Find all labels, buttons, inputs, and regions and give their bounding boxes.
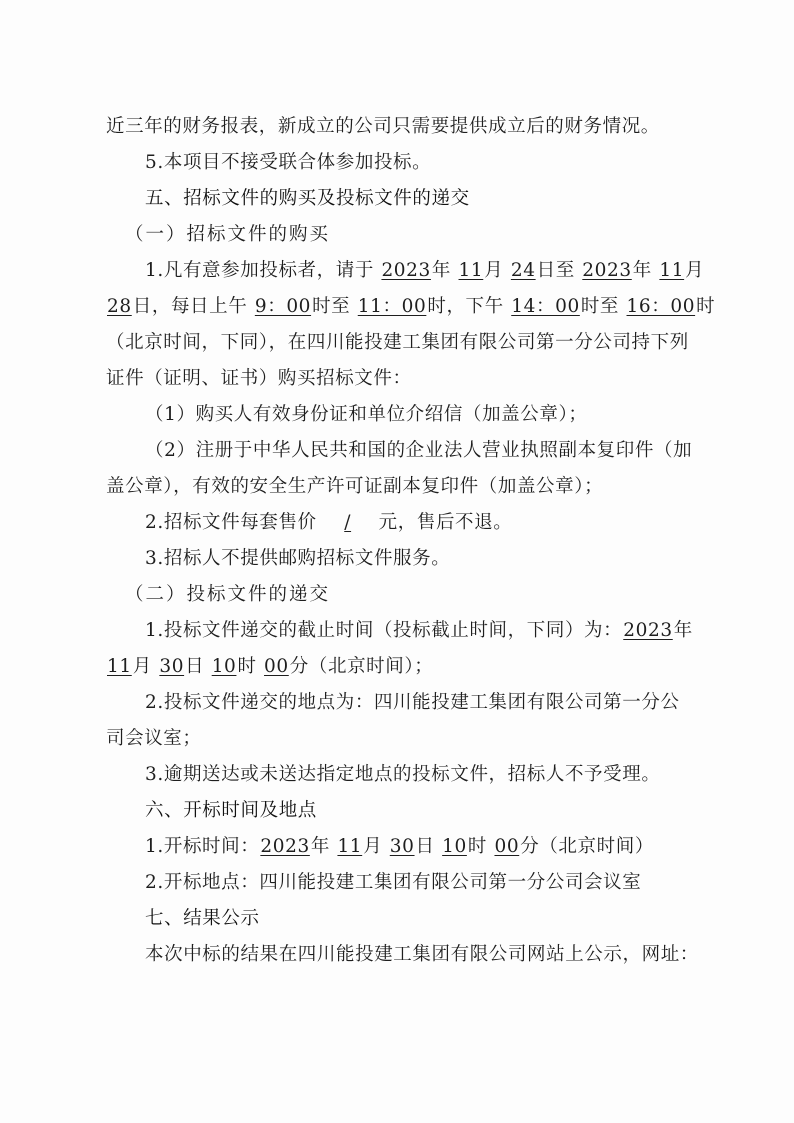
document-page: 近三年的财务报表，新成立的公司只需要提供成立后的财务情况。 5.本项目不接受联合… bbox=[0, 0, 794, 1123]
underlined-value: 11 bbox=[658, 260, 685, 281]
text: 时 bbox=[696, 296, 715, 317]
section-heading-7: 七、结果公示 bbox=[145, 907, 260, 931]
text: 年 bbox=[311, 836, 330, 857]
paragraph-line: 1.凡有意参加投标者，请于 2023年 11月 24日至 2023年 11月 bbox=[145, 259, 704, 283]
text: 1.投标文件递交的截止时间（投标截止时间，下同）为： bbox=[145, 620, 622, 641]
underlined-value: 30 bbox=[158, 656, 185, 677]
text: 月 bbox=[685, 260, 704, 281]
text: 时 bbox=[468, 836, 487, 857]
underlined-value: 16：00 bbox=[626, 296, 697, 317]
text: 年 bbox=[633, 260, 652, 281]
text: 月 bbox=[133, 656, 152, 677]
paragraph-line: 本次中标的结果在四川能投建工集团有限公司网站上公示，网址： bbox=[145, 943, 699, 967]
paragraph-line: 28日，每日上午 9：00时至 11：00时，下午 14：00时至 16：00时 bbox=[106, 295, 715, 319]
subsection-heading-2: （二）投标文件的递交 bbox=[125, 583, 330, 607]
paragraph-line: 证件（证明、证书）购买招标文件： bbox=[106, 367, 412, 391]
text: 日 bbox=[416, 836, 435, 857]
underlined-value: 11：00 bbox=[357, 296, 428, 317]
paragraph-line: 近三年的财务报表，新成立的公司只需要提供成立后的财务情况。 bbox=[106, 115, 660, 139]
text: 日 bbox=[185, 656, 204, 677]
text: 日至 bbox=[537, 260, 575, 281]
underlined-value: 24 bbox=[510, 260, 537, 281]
text: 月 bbox=[363, 836, 382, 857]
list-item: （1）购买人有效身份证和单位介绍信（加盖公章）； bbox=[145, 403, 587, 427]
paragraph-line: 5.本项目不接受联合体参加投标。 bbox=[145, 151, 431, 175]
text: 时 bbox=[237, 656, 256, 677]
paragraph-line: 盖公章），有效的安全生产许可证副本复印件（加盖公章）； bbox=[106, 475, 603, 499]
text: 日，每日上午 bbox=[133, 296, 248, 317]
underlined-value: 2023 bbox=[581, 260, 632, 281]
text: 月 bbox=[484, 260, 503, 281]
text: 时至 bbox=[581, 296, 619, 317]
underlined-value: 10 bbox=[441, 836, 468, 857]
text: 年 bbox=[432, 260, 451, 281]
text: 2.招标文件每套售价 bbox=[145, 512, 317, 533]
underlined-value: 30 bbox=[389, 836, 416, 857]
list-item: （2）注册于中华人民共和国的企业法人营业执照副本复印件（加 bbox=[145, 439, 692, 463]
text: 1.开标时间： bbox=[145, 836, 259, 857]
text: 时，下午 bbox=[427, 296, 503, 317]
paragraph-line: 2.开标地点：四川能投建工集团有限公司第一分公司会议室 bbox=[145, 871, 641, 895]
paragraph-line: （北京时间，下同），在四川能投建工集团有限公司第一分公司持下列 bbox=[106, 331, 689, 355]
paragraph-line: 司会议室； bbox=[106, 727, 202, 751]
underlined-value: 00 bbox=[493, 836, 520, 857]
text: 元，售后不退。 bbox=[379, 512, 513, 533]
paragraph-line: 1.投标文件递交的截止时间（投标截止时间，下同）为：2023年 bbox=[145, 619, 693, 643]
paragraph-line: 2.招标文件每套售价/元，售后不退。 bbox=[145, 511, 512, 535]
text: 年 bbox=[674, 620, 693, 641]
text: 1.凡有意参加投标者，请于 bbox=[145, 260, 374, 281]
text: 分（北京时间） bbox=[520, 836, 654, 857]
underlined-value: 11 bbox=[336, 836, 363, 857]
underlined-value: 2023 bbox=[259, 836, 310, 857]
underlined-value: 10 bbox=[211, 656, 238, 677]
underlined-value: 11 bbox=[106, 656, 133, 677]
paragraph-line: 11月 30日 10时 00分（北京时间）； bbox=[106, 655, 433, 679]
underlined-value: 14：00 bbox=[510, 296, 581, 317]
underlined-value: 11 bbox=[458, 260, 485, 281]
text: 分（北京时间）； bbox=[290, 656, 434, 677]
underlined-value: 9：00 bbox=[254, 296, 312, 317]
subsection-heading-1: （一）招标文件的购买 bbox=[125, 223, 330, 247]
underlined-value: 2023 bbox=[622, 620, 673, 641]
underlined-value: 2023 bbox=[380, 260, 431, 281]
underlined-value: 28 bbox=[106, 296, 133, 317]
paragraph-line: 2.投标文件递交的地点为：四川能投建工集团有限公司第一分公 bbox=[145, 691, 680, 715]
paragraph-line: 3.逾期送达或未送达指定地点的投标文件，招标人不予受理。 bbox=[145, 763, 660, 787]
paragraph-line: 1.开标时间：2023年 11月 30日 10时 00分（北京时间） bbox=[145, 835, 654, 859]
underlined-value: 00 bbox=[263, 656, 290, 677]
section-heading-5: 五、招标文件的购买及投标文件的递交 bbox=[145, 187, 470, 211]
paragraph-line: 3.招标人不提供邮购招标文件服务。 bbox=[145, 547, 450, 571]
text: 时至 bbox=[312, 296, 350, 317]
price-value: / bbox=[317, 511, 379, 535]
section-heading-6: 六、开标时间及地点 bbox=[145, 799, 317, 823]
